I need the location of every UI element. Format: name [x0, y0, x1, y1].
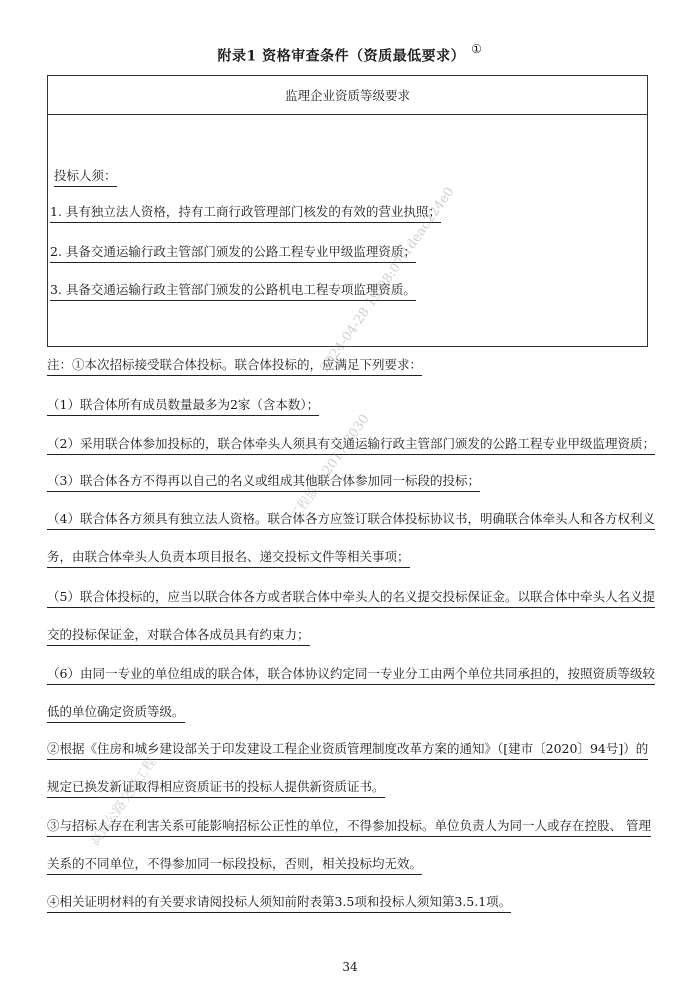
table-line-2: 2. 具备交通运输行政主管部门颁发的公路工程专业甲级监理资质； — [50, 244, 416, 263]
note-1-item-5-a: （5）联合体投标的，应当以联合体各方或者联合体中牵头人的名义提交投标保证金。以联… — [47, 589, 655, 608]
note-1-intro: 注：①本次招标接受联合体投标。联合体投标的，应满足下列要求： — [47, 357, 422, 376]
note-1-item-2: （2）采用联合体参加投标的，联合体牵头人须具有交通运输行政主管部门颁发的公路工程… — [47, 436, 655, 455]
note-2-b: 规定已换发新证取得相应资质证书的投标人提供新资质证书。 — [47, 779, 385, 798]
table-line-intro: 投标人须： — [54, 168, 117, 187]
title-text: 附录1 资格审查条件（资质最低要求） — [218, 49, 466, 65]
note-1-item-4-b: 务，由联合体牵头人负责本项目报名、递交投标文件等相关事项； — [47, 549, 410, 568]
note-3-b: 关系的不同单位，不得参加同一标段投标，否则，相关投标均无效。 — [47, 856, 422, 875]
note-4: ④相关证明材料的有关要求请阅投标人须知前附表第3.5项和投标人须知第3.5.1项… — [47, 894, 511, 913]
footnote-mark: ① — [471, 42, 482, 56]
page-title: 附录1 资格审查条件（资质最低要求）① — [0, 44, 700, 66]
table-header: 监理企业资质等级要求 — [48, 76, 647, 115]
table-body: 投标人须： 1. 具有独立法人资格，持有工商行政管理部门核发的有效的营业执照； … — [48, 115, 647, 347]
note-1-item-6-b: 低的单位确定资质等级。 — [47, 704, 185, 723]
note-1-item-3: （3）联合体各方不得再以自己的名义或组成其他联合体参加同一标段的投标； — [47, 473, 480, 492]
qualification-table: 监理企业资质等级要求 投标人须： 1. 具有独立法人资格，持有工商行政管理部门核… — [47, 75, 648, 347]
note-1-item-4-a: （4）联合体各方须具有独立法人资格。联合体各方应签订联合体投标协议书，明确联合体… — [47, 511, 655, 530]
note-1-item-6-a: （6）由同一专业的单位组成的联合体，联合体协议约定同一专业分工由两个单位共同承担… — [47, 666, 655, 685]
page-number: 34 — [0, 960, 700, 974]
note-1-item-1: （1）联合体所有成员数量最多为2家（含本数）； — [47, 397, 319, 416]
table-line-1: 1. 具有独立法人资格，持有工商行政管理部门核发的有效的营业执照； — [50, 204, 441, 223]
table-line-3: 3. 具备交通运输行政主管部门颁发的公路机电工程专项监理资质。 — [50, 282, 416, 301]
note-2-a: ②根据《住房和城乡建设部关于印发建设工程企业资质管理制度改革方案的通知》（[建市… — [47, 741, 648, 760]
note-3-a: ③与招标人存在利害关系可能影响招标公正性的单位，不得参加投标。单位负责人为同一人… — [47, 818, 651, 837]
note-1-item-5-b: 交的投标保证金，对联合体各成员具有约束力； — [47, 627, 310, 646]
watermark-line-2: 工程监理 2017.3030 — [284, 410, 372, 524]
